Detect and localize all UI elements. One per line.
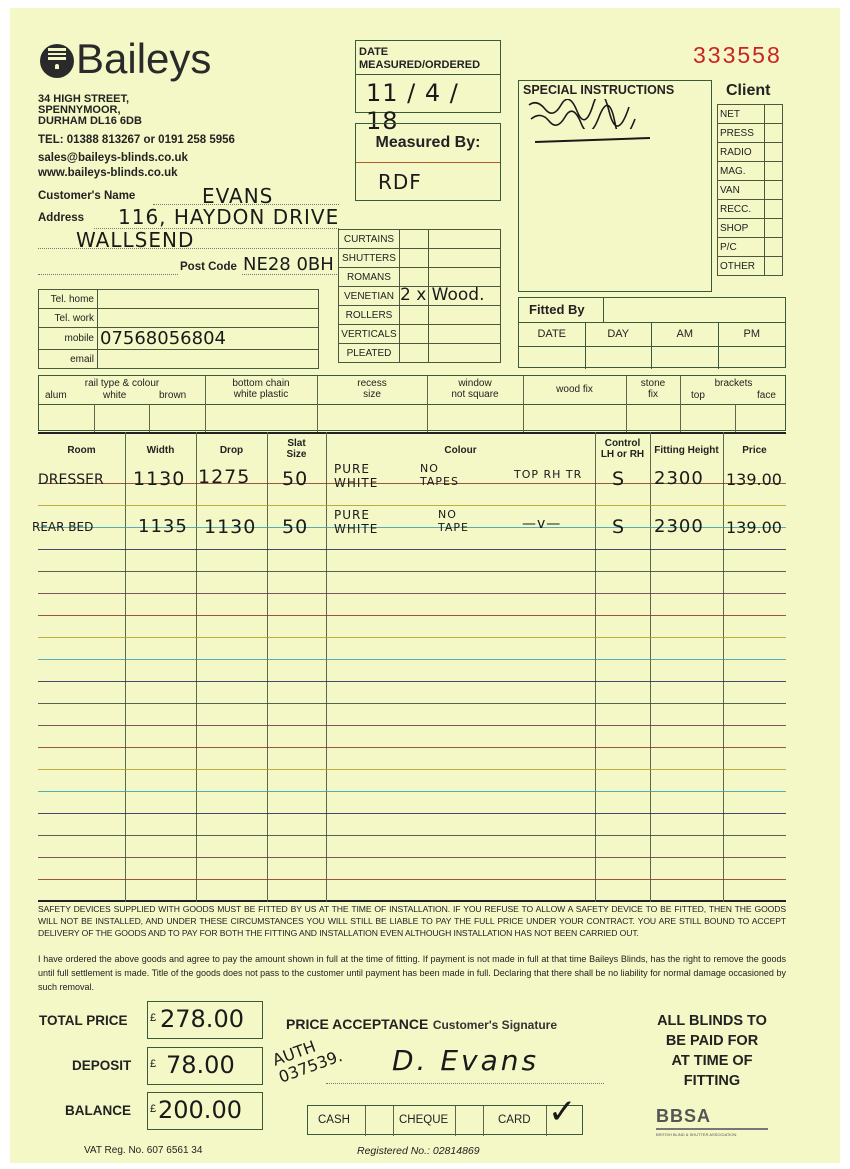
client-source-checkbox[interactable]: [765, 124, 783, 143]
label-text: white: [103, 390, 126, 401]
row2-colour-a: PURE WHITE: [334, 508, 404, 536]
label-text: Room: [38, 445, 125, 456]
label-text: BE PAID FOR: [636, 1031, 788, 1051]
row2-colour-c: —v—: [522, 516, 561, 532]
row2-drop: 1130: [204, 516, 256, 538]
table-row-line: [38, 769, 786, 770]
phone-row: email: [39, 350, 319, 369]
vat-number: VAT Reg. No. 607 6561 34: [84, 1145, 202, 1156]
client-source-checkbox[interactable]: [765, 257, 783, 276]
address-label: Address: [38, 212, 84, 224]
product-type-row: PLEATED: [339, 344, 501, 363]
address-line2-value: WALLSEND: [76, 228, 194, 252]
label-text: white plastic: [205, 389, 317, 400]
table-row-line: [38, 747, 786, 748]
table-row-line: [38, 835, 786, 836]
row1-price: 139.00: [726, 470, 782, 489]
fitted-by-am: AM: [652, 322, 719, 369]
client-source-label: MAG.: [718, 162, 765, 181]
phone-label: Tel. home: [39, 290, 98, 309]
product-type-qty[interactable]: [400, 344, 429, 363]
row1-colour-c: TOP RH TR: [514, 468, 582, 481]
table-row-line: [38, 879, 786, 880]
product-type-label: PLEATED: [339, 344, 400, 363]
row1-room: DRESSER: [38, 472, 104, 488]
label-text: PM: [744, 328, 761, 340]
table-row-line: [38, 549, 786, 550]
row2-colour-b: NO TAPE: [438, 508, 468, 534]
row1-slat: 50: [282, 468, 308, 490]
client-source-checkbox[interactable]: [765, 105, 783, 124]
label-text: window: [427, 378, 523, 389]
label-text: Width: [125, 445, 196, 456]
row2-control: S: [612, 516, 625, 538]
product-type-row: VERTICALS: [339, 325, 501, 344]
client-source-row: SHOP: [718, 219, 783, 238]
payment-notice: ALL BLINDS TO BE PAID FOR AT TIME OF FIT…: [636, 1011, 788, 1091]
label-text: alum: [45, 390, 67, 401]
label-text: Fitting Height: [650, 445, 723, 456]
balance-label: BALANCE: [65, 1103, 131, 1118]
label-text: PRICE ACCEPTANCE: [286, 1016, 428, 1032]
client-source-label: RADIO: [718, 143, 765, 162]
product-type-row: CURTAINS: [339, 230, 501, 249]
label-text: Fitted By: [519, 298, 603, 317]
label-text: Drop: [196, 445, 267, 456]
label-text: £: [150, 1012, 156, 1024]
product-type-qty[interactable]: [400, 306, 429, 325]
client-source-checkbox[interactable]: [765, 200, 783, 219]
options-table: rail type & colour alum white brown bott…: [38, 375, 786, 431]
label-text: stone: [626, 378, 680, 389]
total-price-box: £ 278.00: [147, 1001, 263, 1039]
payment-card[interactable]: CARD: [498, 1114, 531, 1126]
table-row-line: [38, 703, 786, 704]
customer-name-label: Customer's Name: [38, 190, 135, 202]
date-box: DATE MEASURED/ORDERED 11 / 4 / 18: [355, 40, 501, 113]
product-type-label: CURTAINS: [339, 230, 400, 249]
label-text: rail type & colour: [39, 378, 205, 389]
label-text: brackets: [680, 378, 787, 389]
client-source-row: NET: [718, 105, 783, 124]
client-source-checkbox[interactable]: [765, 181, 783, 200]
measured-by-value: RDF: [378, 170, 422, 194]
phone-label: mobile: [39, 328, 98, 350]
label-text: DAY: [607, 328, 629, 340]
product-type-row: ROLLERS: [339, 306, 501, 325]
label-text: Slat: [267, 438, 326, 449]
product-type-label: ROMANS: [339, 268, 400, 287]
label-text: fix: [626, 389, 680, 400]
phone-value[interactable]: [98, 350, 319, 369]
label-text: Size: [267, 449, 326, 460]
product-type-qty[interactable]: [400, 325, 429, 344]
client-source-checkbox[interactable]: [765, 219, 783, 238]
phone-table: Tel. homeTel. workmobile07568056804email: [38, 289, 319, 369]
label-text: not square: [427, 389, 523, 400]
product-type-notes[interactable]: [429, 306, 501, 325]
product-type-label: SHUTTERS: [339, 249, 400, 268]
table-row-line: [38, 637, 786, 638]
row1-drop: 1275: [198, 466, 250, 488]
payment-method-table: CASH CHEQUE CARD ✓: [307, 1105, 583, 1135]
label-text: MEASURED/ORDERED: [359, 59, 480, 72]
label-text: recess: [317, 378, 427, 389]
product-type-qty[interactable]: [400, 230, 429, 249]
card-checkmark: ✓: [548, 1092, 578, 1132]
client-source-row: RADIO: [718, 143, 783, 162]
client-source-label: RECC.: [718, 200, 765, 219]
product-type-notes[interactable]: [429, 268, 501, 287]
client-label: Client: [726, 82, 770, 100]
company-email: sales@baileys-blinds.co.uk: [38, 152, 188, 164]
deposit-box: £ 78.00: [147, 1047, 263, 1085]
client-source-checkbox[interactable]: [765, 143, 783, 162]
label-text: £: [150, 1103, 156, 1115]
company-website: www.baileys-blinds.co.uk: [38, 167, 178, 179]
table-row-line: [38, 813, 786, 814]
product-type-qty[interactable]: [400, 268, 429, 287]
phone-value[interactable]: [98, 309, 319, 328]
client-source-row: OTHER: [718, 257, 783, 276]
row2-price: 139.00: [726, 518, 782, 537]
special-instructions-box: SPECIAL INSTRUCTIONS: [518, 80, 712, 292]
phone-label: Tel. work: [39, 309, 98, 328]
client-source-label: VAN: [718, 181, 765, 200]
product-type-label: ROLLERS: [339, 306, 400, 325]
table-row-line: [38, 593, 786, 594]
row1-colour-a: PURE WHITE: [334, 462, 404, 490]
phone-row: Tel. home: [39, 290, 319, 309]
table-row-line: [38, 615, 786, 616]
table-row-line: [38, 571, 786, 572]
auth-note: AUTH 037539.: [270, 1025, 357, 1086]
customer-signature: D. Evans: [392, 1044, 539, 1077]
product-type-row: SHUTTERS: [339, 249, 501, 268]
order-number: 333558: [693, 42, 782, 69]
label-text: bottom chain: [205, 378, 317, 389]
label-text: FITTING: [636, 1071, 788, 1091]
balance-value: 200.00: [158, 1096, 242, 1124]
row1-fitting-height: 2300: [654, 468, 704, 489]
product-type-row: ROMANS: [339, 268, 501, 287]
phone-row: Tel. work: [39, 309, 319, 328]
company-name: Baileys: [76, 35, 211, 83]
client-source-label: NET: [718, 105, 765, 124]
client-source-label: P/C: [718, 238, 765, 257]
items-table: Room Width Drop SlatSize Colour ControlL…: [38, 432, 786, 902]
product-type-notes[interactable]: [429, 249, 501, 268]
label-text: brown: [159, 390, 186, 401]
address-line1-value: 116, HAYDON DRIVE: [118, 205, 339, 229]
client-source-label: OTHER: [718, 257, 765, 276]
label-text: Control: [595, 438, 650, 449]
payment-cheque[interactable]: CHEQUE: [399, 1114, 448, 1126]
phone-row: mobile07568056804: [39, 328, 319, 350]
label-text: DATE: [537, 328, 566, 340]
row1-width: 1130: [133, 468, 185, 490]
postcode-value: NE28 0BH: [243, 254, 334, 275]
product-type-label: VERTICALS: [339, 325, 400, 344]
table-row-line: [38, 725, 786, 726]
client-source-label: SHOP: [718, 219, 765, 238]
label-text: SPECIAL INSTRUCTIONS: [523, 83, 674, 97]
venetian-value: 2 x Wood.: [400, 285, 485, 305]
label-text: DURHAM DL16 6DB: [38, 116, 142, 127]
client-source-row: P/C: [718, 238, 783, 257]
row2-fitting-height: 2300: [654, 516, 704, 537]
product-type-label: VENETIAN: [339, 287, 400, 306]
client-source-row: PRESS: [718, 124, 783, 143]
table-row-line: [38, 857, 786, 858]
deposit-label: DEPOSIT: [72, 1058, 131, 1073]
label-text: Colour: [326, 445, 595, 456]
order-form: Baileys 34 HIGH STREET, SPENNYMOOR, DURH…: [10, 8, 840, 1163]
label-text: Price: [723, 445, 786, 456]
agreement-text: I have ordered the above goods and agree…: [38, 952, 786, 994]
fitted-by-day: DAY: [586, 322, 653, 369]
table-row-line: [38, 659, 786, 660]
total-price-label: TOTAL PRICE: [39, 1013, 128, 1028]
balance-box: £ 200.00: [147, 1092, 263, 1130]
label-text: DATE: [359, 46, 480, 59]
product-type-notes[interactable]: [429, 325, 501, 344]
deposit-value: 78.00: [166, 1051, 235, 1079]
label-text: AM: [677, 328, 694, 340]
row2-width: 1135: [138, 516, 188, 537]
company-address: 34 HIGH STREET, SPENNYMOOR, DURHAM DL16 …: [38, 94, 142, 127]
product-type-notes[interactable]: [429, 344, 501, 363]
client-source-table: NETPRESSRADIOMAG.VANRECC.SHOPP/COTHER: [717, 104, 783, 276]
payment-cash[interactable]: CASH: [318, 1114, 350, 1126]
client-source-row: RECC.: [718, 200, 783, 219]
client-source-row: VAN: [718, 181, 783, 200]
label-text: wood fix: [523, 384, 626, 395]
measured-by-box: Measured By: RDF: [355, 123, 501, 201]
client-source-checkbox[interactable]: [765, 238, 783, 257]
table-row-line: [38, 791, 786, 792]
product-type-notes[interactable]: [429, 230, 501, 249]
label-text: ALL BLINDS TO: [636, 1011, 788, 1031]
table-row-line: [38, 505, 786, 506]
product-type-qty[interactable]: [400, 249, 429, 268]
client-source-checkbox[interactable]: [765, 162, 783, 181]
label-text: Measured By:: [356, 134, 500, 152]
postcode-label: Post Code: [180, 261, 237, 273]
total-price-value: 278.00: [160, 1005, 244, 1033]
fitted-by-box: Fitted By DATEDAYAMPM: [518, 297, 786, 368]
row1-control: S: [612, 468, 625, 490]
scribbled-instructions: [527, 99, 657, 129]
client-source-row: MAG.: [718, 162, 783, 181]
phone-value[interactable]: [98, 290, 319, 309]
label-text: top: [691, 390, 705, 401]
label-text: face: [757, 390, 776, 401]
phone-label: email: [39, 350, 98, 369]
blind-logo-icon: [40, 44, 74, 78]
safety-notice: SAFETY DEVICES SUPPLIED WITH GOODS MUST …: [38, 903, 786, 939]
row2-room: REAR BED: [32, 520, 93, 534]
client-source-label: PRESS: [718, 124, 765, 143]
row1-colour-b: NO TAPES: [420, 462, 460, 488]
label-text: £: [150, 1058, 156, 1070]
label-text: Customer's Signature: [433, 1018, 557, 1032]
label-text: BBSA: [656, 1106, 768, 1127]
company-phone: TEL: 01388 813267 or 0191 258 5956: [38, 134, 235, 146]
fitted-by-pm: PM: [719, 322, 786, 369]
label-text: size: [317, 389, 427, 400]
registered-number: Registered No.: 02814869: [357, 1145, 480, 1157]
label-text: AT TIME OF: [636, 1051, 788, 1071]
label-text: BRITISH BLIND & SHUTTER ASSOCIATION: [656, 1132, 768, 1137]
row2-slat: 50: [282, 516, 308, 538]
bbsa-logo: BBSA BRITISH BLIND & SHUTTER ASSOCIATION: [656, 1106, 768, 1137]
table-row-line: [38, 681, 786, 682]
phone-value[interactable]: 07568056804: [98, 328, 319, 350]
price-acceptance-label: PRICE ACCEPTANCE Customer's Signature: [286, 1016, 557, 1034]
label-text: LH or RH: [595, 449, 650, 460]
fitted-by-date: DATE: [519, 322, 586, 369]
